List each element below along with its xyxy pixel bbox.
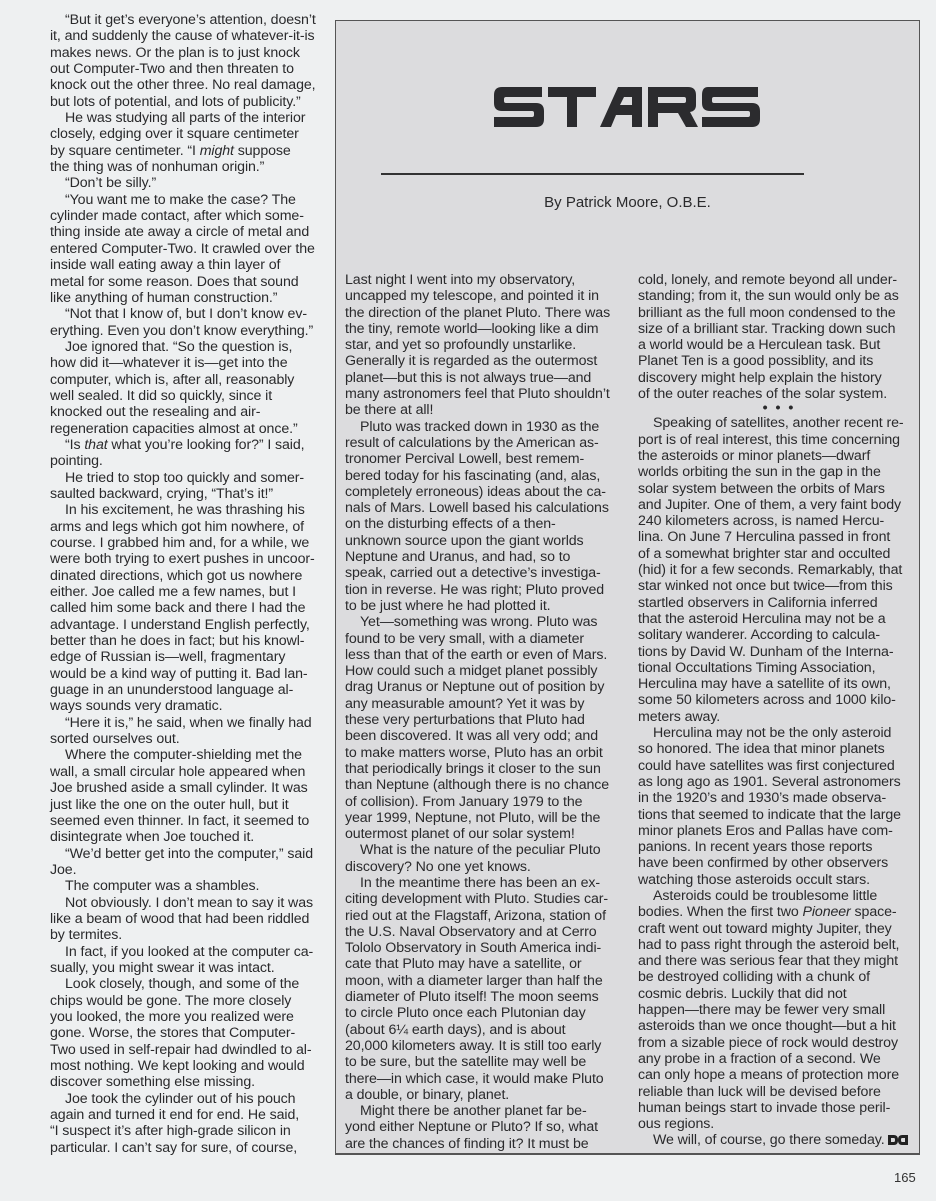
text-line: We will, of course, go there someday. — [638, 1132, 920, 1148]
text-line: cate that Pluto may have a satellite, or — [345, 956, 627, 972]
text-line: worlds orbiting the sun in the gap in th… — [638, 464, 920, 480]
stars-title — [336, 83, 919, 136]
text-line: Two used in self-repair had dwindled to … — [50, 1042, 330, 1058]
text-line: craft went out toward mighty Jupiter, th… — [638, 921, 920, 937]
text-line: result of calculations by the American a… — [345, 435, 627, 451]
text-line: by square centimeter. “I might suppose — [50, 143, 330, 159]
text-line: “Not that I know of, but I don’t know ev… — [50, 306, 330, 322]
text-line: discovery? No one yet knows. — [345, 859, 627, 875]
text-line: out Computer-Two and then threaten to — [50, 61, 330, 77]
text-line: meters away. — [638, 709, 920, 725]
text-line: wall, a small circular hole appeared whe… — [50, 764, 330, 780]
text-line: Herculina may have a satellite of its ow… — [638, 676, 920, 692]
text-line: gone. Worse, the stores that Computer- — [50, 1025, 330, 1041]
text-line: guage in an ununderstood language al- — [50, 682, 330, 698]
text-line: a double, or binary, planet. — [345, 1087, 627, 1103]
article-column-2: cold, lonely, and remote beyond all unde… — [638, 272, 920, 1149]
text-line: “Don’t be silly.” — [50, 175, 330, 191]
fiction-column: “But it get’s everyone’s attention, does… — [50, 12, 330, 1156]
text-line: “But it get’s everyone’s attention, does… — [50, 12, 330, 28]
text-line: Might there be another planet far be- — [345, 1103, 627, 1119]
text-line: 240 kilometers across, is named Hercu- — [638, 513, 920, 529]
text-line: Generally it is regarded as the outermos… — [345, 353, 627, 369]
text-line: entered Computer-Two. It crawled over th… — [50, 241, 330, 257]
text-line: saulted backward, crying, “That’s it!” — [50, 486, 330, 502]
text-line: you looked, the more you realized were — [50, 1009, 330, 1025]
text-line: were both trying to exert pushes in unco… — [50, 551, 330, 567]
section-break: • • • — [638, 402, 920, 415]
text-line: than Neptune (although there is no chanc… — [345, 777, 627, 793]
text-line: “I suspect it’s after high-grade silicon… — [50, 1123, 330, 1139]
end-mark-icon — [887, 1134, 909, 1146]
text-line: discover something else missing. — [50, 1074, 330, 1090]
text-line: (hid) it for a few seconds. Remarkably, … — [638, 562, 920, 578]
text-line: ried out at the Flagstaff, Arizona, stat… — [345, 908, 627, 924]
text-line: cosmic debris. Luckily that did not — [638, 986, 920, 1002]
text-line: In fact, if you looked at the computer c… — [50, 944, 330, 960]
text-line: cold, lonely, and remote beyond all unde… — [638, 272, 920, 288]
text-line: “Is that what you’re looking for?” I sai… — [50, 437, 330, 453]
text-line: “Here it is,” he said, when we finally h… — [50, 715, 330, 731]
text-line: advantage. I understand English perfectl… — [50, 617, 330, 633]
text-line: are the chances of finding it? It must b… — [345, 1136, 627, 1152]
text-line: to circle Pluto once each Plutonian day — [345, 1005, 627, 1021]
text-line: Last night I went into my observatory, — [345, 272, 627, 288]
text-line: reliable than luck will be devised befor… — [638, 1084, 920, 1100]
text-line: star, and yet so profoundly unstarlike. — [345, 337, 627, 353]
text-line: knock out the other three. No real damag… — [50, 77, 330, 93]
text-line: star winked not once but twice—from this — [638, 578, 920, 594]
text-line: size of a brilliant star. Tracking down … — [638, 321, 920, 337]
text-line: He tried to stop too quickly and somer- — [50, 470, 330, 486]
text-line: panions. In recent years those reports — [638, 839, 920, 855]
text-line: these very perturbations that Pluto had — [345, 712, 627, 728]
text-line: tions that seemed to indicate that the l… — [638, 807, 920, 823]
text-line: tronomer Percival Lowell, best remem- — [345, 451, 627, 467]
text-line: standing; from it, the sun would only be… — [638, 288, 920, 304]
text-line: the thing was of nonhuman origin.” — [50, 159, 330, 175]
text-line: asteroids than we once thought—but a hit — [638, 1018, 920, 1034]
text-line: Joe brushed aside a small cylinder. It w… — [50, 780, 330, 796]
text-line: the direction of the planet Pluto. There… — [345, 305, 627, 321]
text-line: Not obviously. I don’t mean to say it wa… — [50, 895, 330, 911]
text-line: in the 1920’s and 1930’s made observa- — [638, 790, 920, 806]
text-line: that the asteroid Herculina may not be a — [638, 611, 920, 627]
text-line: disintegrate when Joe touched it. — [50, 829, 330, 845]
text-line: be destroyed colliding with a chunk of — [638, 969, 920, 985]
text-line: year 1999, Neptune, not Pluto, will be t… — [345, 810, 627, 826]
text-line: to be sure, but the satellite may well b… — [345, 1054, 627, 1070]
text-line: dinated directions, which got us nowhere — [50, 568, 330, 584]
text-line: Pluto was tracked down in 1930 as the — [345, 419, 627, 435]
text-line: well sealed. It did so quickly, since it — [50, 388, 330, 404]
text-line: but lots of potential, and lots of publi… — [50, 94, 330, 110]
text-line: watching those asteroids occult stars. — [638, 872, 920, 888]
text-line: to be just where he had plotted it. — [345, 598, 627, 614]
text-line: closely, edging over it square centimete… — [50, 126, 330, 142]
text-line: discovery might help explain the history — [638, 370, 920, 386]
text-line: cylinder made contact, after which some- — [50, 208, 330, 224]
text-line: metal for some reason. Does that sound — [50, 274, 330, 290]
text-line: yond either Neptune or Pluto? If so, wha… — [345, 1119, 627, 1135]
text-line: How could such a midget planet possibly — [345, 663, 627, 679]
text-line: Joe. — [50, 862, 330, 878]
text-line: sually, you might swear it was intact. — [50, 960, 330, 976]
text-line: and Jupiter. One of them, a very faint b… — [638, 497, 920, 513]
text-line: human beings start to invade those peril… — [638, 1100, 920, 1116]
text-line: What is the nature of the peculiar Pluto — [345, 842, 627, 858]
text-line: He was studying all parts of the interio… — [50, 110, 330, 126]
text-line: outermost planet of our solar system! — [345, 826, 627, 842]
text-line: again and turned it end for end. He said… — [50, 1107, 330, 1123]
text-line: chips would be gone. The more closely — [50, 993, 330, 1009]
text-line: any probe in a fraction of a second. We — [638, 1051, 920, 1067]
text-line: course. I grabbed him and, for a while, … — [50, 535, 330, 551]
title-divider — [381, 173, 804, 175]
text-line: knocked out the resealing and air- — [50, 404, 330, 420]
text-line: any measurable amount? Yet it was by — [345, 696, 627, 712]
text-line: inside wall eating away a thin layer of — [50, 257, 330, 273]
text-line: how did it—whatever it is—get into the — [50, 355, 330, 371]
text-line: lina. On June 7 Herculina passed in fron… — [638, 529, 920, 545]
text-line: 20,000 kilometers away. It is still too … — [345, 1038, 627, 1054]
text-line: have been confirmed by other observers — [638, 855, 920, 871]
text-line: many astronomers feel that Pluto shouldn… — [345, 386, 627, 402]
text-line: erything. Even you don’t know everything… — [50, 323, 330, 339]
text-line: sorted ourselves out. — [50, 731, 330, 747]
text-line: arms and legs which got him nowhere, of — [50, 519, 330, 535]
text-line: happen—there may be fewer very small — [638, 1002, 920, 1018]
text-line: better than he does in fact; but his kno… — [50, 633, 330, 649]
text-line: Joe ignored that. “So the question is, — [50, 339, 330, 355]
text-line: so honored. The idea that minor planets — [638, 741, 920, 757]
byline: By Patrick Moore, O.B.E. — [336, 194, 919, 211]
text-line: ways sounds very dramatic. — [50, 698, 330, 714]
text-line: solitary wanderer. According to calcula- — [638, 627, 920, 643]
text-line: Asteroids could be troublesome little — [638, 888, 920, 904]
text-line: it, and suddenly the cause of whatever-i… — [50, 28, 330, 44]
text-line: and there was serious fear that they mig… — [638, 953, 920, 969]
text-line: like a beam of wood that had been riddle… — [50, 911, 330, 927]
text-line: just like the one on the outer hull, but… — [50, 797, 330, 813]
text-line: speak, carried out a detective’s investi… — [345, 565, 627, 581]
page-number: 165 — [894, 1170, 916, 1185]
text-line: tion in reverse. He was right; Pluto pro… — [345, 582, 627, 598]
text-line: moon, with a diameter larger than half t… — [345, 973, 627, 989]
text-line: The computer was a shambles. — [50, 878, 330, 894]
text-line: Neptune and Uranus, and had, so to — [345, 549, 627, 565]
text-line: edge of Russian is—well, fragmentary — [50, 649, 330, 665]
text-line: makes news. Or the plan is to just knock — [50, 45, 330, 61]
text-line: of collision). From January 1979 to the — [345, 794, 627, 810]
text-line: startled observers in California inferre… — [638, 595, 920, 611]
text-line: In his excitement, he was thrashing his — [50, 502, 330, 518]
text-line: could have satellites was first conjectu… — [638, 758, 920, 774]
text-line: citing development with Pluto. Studies c… — [345, 891, 627, 907]
text-line: computer, which is, after all, reasonabl… — [50, 372, 330, 388]
text-line: tions by David W. Dunham of the Interna- — [638, 644, 920, 660]
text-line: uncapped my telescope, and pointed it in — [345, 288, 627, 304]
text-line: solar system between the orbits of Mars — [638, 481, 920, 497]
text-line: by termites. — [50, 927, 330, 943]
text-line: bodies. When the first two Pioneer space… — [638, 904, 920, 920]
text-line: that periodically brings it closer to th… — [345, 761, 627, 777]
text-line: minor planets Eros and Pallas have com- — [638, 823, 920, 839]
text-line: Herculina may not be the only asteroid — [638, 725, 920, 741]
text-line: In the meantime there has been an ex- — [345, 875, 627, 891]
text-line: “You want me to make the case? The — [50, 192, 330, 208]
text-line: “We’d better get into the computer,” sai… — [50, 846, 330, 862]
text-line: pointing. — [50, 453, 330, 469]
text-line: been discovered. It was all very odd; an… — [345, 728, 627, 744]
text-line: the asteroids or minor planets—dwarf — [638, 448, 920, 464]
text-line: to make matters worse, Pluto has an orbi… — [345, 745, 627, 761]
text-line: less than that of the earth or even of M… — [345, 647, 627, 663]
stars-logo-icon — [492, 83, 764, 131]
text-line: Speaking of satellites, another recent r… — [638, 415, 920, 431]
text-line: tional Occultations Timing Association, — [638, 660, 920, 676]
text-line: bered today for his fascinating (and, al… — [345, 468, 627, 484]
text-line: the U.S. Naval Observatory and at Cerro — [345, 924, 627, 940]
text-line: would be a kind way of putting it. Bad l… — [50, 666, 330, 682]
text-line: there—in which case, it would make Pluto — [345, 1071, 627, 1087]
text-line: planet—but this is not always true—and — [345, 370, 627, 386]
text-line: brilliant as the full moon condensed to … — [638, 305, 920, 321]
article-column-1: Last night I went into my observatory,un… — [345, 272, 627, 1152]
text-line: either. Joe called me a few names, but I — [50, 584, 330, 600]
stars-column-box: By Patrick Moore, O.B.E. Last night I we… — [335, 20, 920, 1155]
text-line: like anything of human construction.” — [50, 290, 330, 306]
text-line: ous regions. — [638, 1116, 920, 1132]
text-line: the tiny, remote world—looking like a di… — [345, 321, 627, 337]
text-line: thing inside ate away a circle of metal … — [50, 224, 330, 240]
text-line: Where the computer-shielding met the — [50, 747, 330, 763]
text-line: drag Uranus or Neptune out of position b… — [345, 679, 627, 695]
text-line: Yet—something was wrong. Pluto was — [345, 614, 627, 630]
text-line: (about 6¼ earth days), and is about — [345, 1022, 627, 1038]
text-line: from a sizable piece of rock would destr… — [638, 1035, 920, 1051]
text-line: regeneration capacities almost at once.” — [50, 421, 330, 437]
text-line: completely erroneous) ideas about the ca… — [345, 484, 627, 500]
text-line: a world would be a Herculean task. But — [638, 337, 920, 353]
text-line: called him some back and there I had the — [50, 600, 330, 616]
text-line: can only hope a means of protection more — [638, 1067, 920, 1083]
text-line: of a somewhat brighter star and occulted — [638, 546, 920, 562]
text-line: unknown source upon the giant worlds — [345, 533, 627, 549]
text-line: Look closely, though, and some of the — [50, 976, 330, 992]
text-line: Joe took the cylinder out of his pouch — [50, 1091, 330, 1107]
text-line: seemed even thinner. In fact, it seemed … — [50, 813, 330, 829]
text-line: most nothing. We kept looking and would — [50, 1058, 330, 1074]
text-line: nals of Mars. Lowell based his calculati… — [345, 500, 627, 516]
text-line: on the disturbing effects of a then- — [345, 516, 627, 532]
text-line: some 50 kilometers across and 1000 kilo- — [638, 692, 920, 708]
text-line: as long ago as 1901. Several astronomers — [638, 774, 920, 790]
text-line: port is of real interest, this time conc… — [638, 432, 920, 448]
text-line: diameter of Pluto itself! The moon seems — [345, 989, 627, 1005]
text-line: Tololo Observatory in South America indi… — [345, 940, 627, 956]
text-line: particular. I can’t say for sure, of cou… — [50, 1140, 330, 1156]
text-line: had to pass right through the asteroid b… — [638, 937, 920, 953]
text-line: be there at all! — [345, 402, 627, 418]
text-line: Planet Ten is a good possiblity, and its — [638, 353, 920, 369]
text-line: found to be very small, with a diameter — [345, 631, 627, 647]
